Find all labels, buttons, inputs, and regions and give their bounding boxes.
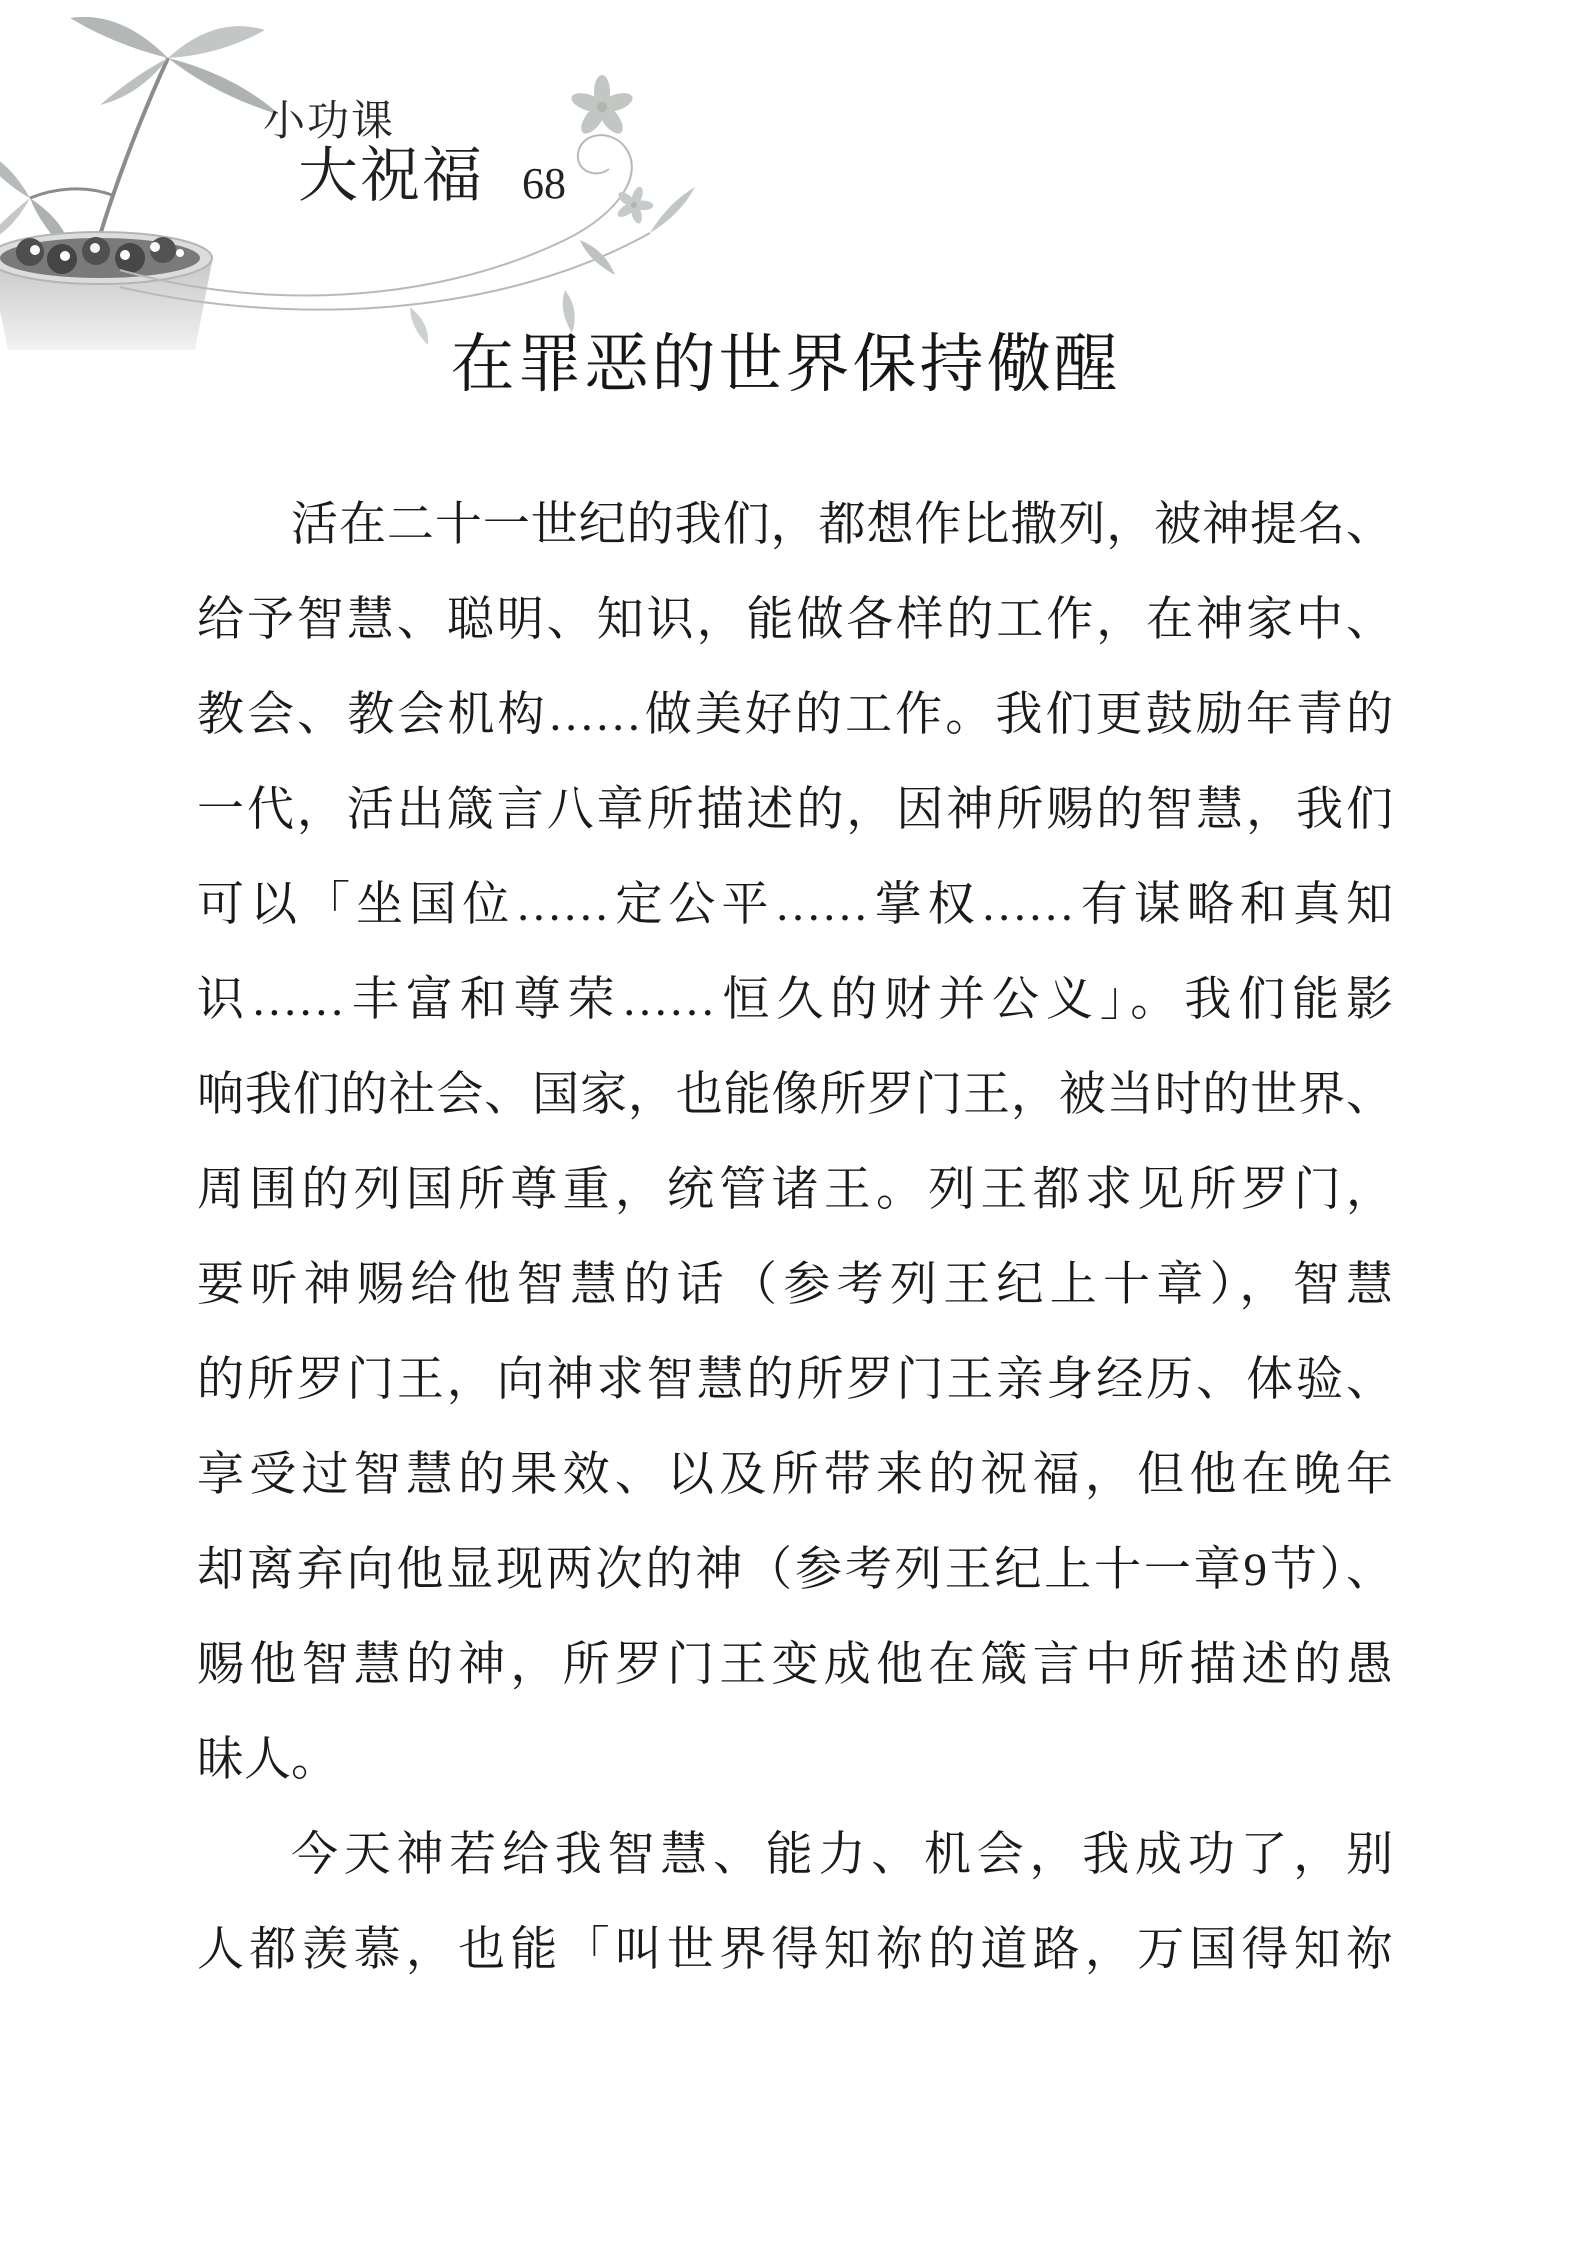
text-line: 的所罗门王，向神求智慧的所罗门王亲身经历、体验、	[197, 1333, 1393, 1428]
text-line: 周围的列国所尊重，统管诸王。列王都求见所罗门，	[197, 1143, 1393, 1238]
paragraph: 活在二十一世纪的我们，都想作比撒列，被神提名、给予智慧、聪明、知识，能做各样的工…	[197, 478, 1393, 1808]
chapter-title: 在罪恶的世界保持儆醒	[0, 328, 1571, 402]
text-line: 响我们的社会、国家，也能像所罗门王，被当时的世界、	[197, 1048, 1393, 1143]
text-line: 享受过智慧的果效、以及所带来的祝福，但他在晚年	[197, 1428, 1393, 1523]
page-number: 68	[522, 162, 566, 206]
text-line: 今天神若给我智慧、能力、机会，我成功了，别	[197, 1808, 1393, 1903]
series-title-large: 大祝福	[298, 146, 484, 206]
text-line: 却离弃向他显现两次的神（参考列王纪上十一章9节）、	[197, 1523, 1393, 1618]
text-line: 赐他智慧的神，所罗门王变成他在箴言中所描述的愚	[197, 1618, 1393, 1713]
text-line: 昧人。	[197, 1713, 1393, 1808]
text-line: 教会、教会机构……做美好的工作。我们更鼓励年青的	[197, 668, 1393, 763]
text-line: 识……丰富和尊荣……恒久的财并公义」。我们能影	[197, 953, 1393, 1048]
book-page: 小功课 大祝福 68 在罪恶的世界保持儆醒 活在二十一世纪的我们，都想作比撒列，…	[0, 0, 1571, 2256]
text-line: 一代，活出箴言八章所描述的，因神所赐的智慧，我们	[197, 763, 1393, 858]
text-line: 要听神赐给他智慧的话（参考列王纪上十章），智慧	[197, 1238, 1393, 1333]
text-line: 人都羡慕，也能「叫世界得知祢的道路，万国得知祢	[197, 1903, 1393, 1998]
paragraph: 今天神若给我智慧、能力、机会，我成功了，别人都羡慕，也能「叫世界得知祢的道路，万…	[197, 1808, 1393, 1998]
text-line: 可以「坐国位……定公平……掌权……有谋略和真知	[197, 858, 1393, 953]
text-line: 给予智慧、聪明、知识，能做各样的工作，在神家中、	[197, 573, 1393, 668]
text-line: 活在二十一世纪的我们，都想作比撒列，被神提名、	[197, 478, 1393, 573]
series-title-small: 小功课	[263, 100, 395, 142]
body-text: 活在二十一世纪的我们，都想作比撒列，被神提名、给予智慧、聪明、知识，能做各样的工…	[197, 478, 1393, 1998]
